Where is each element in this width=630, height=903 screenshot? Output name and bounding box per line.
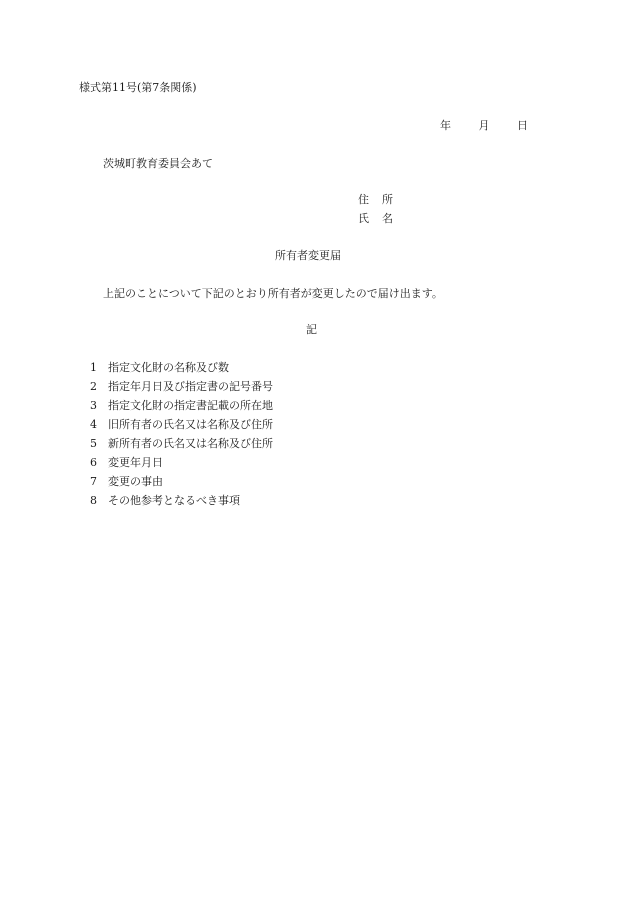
- ki-heading: 記: [306, 323, 317, 337]
- list-item: 8その他参考となるべき事項: [90, 494, 273, 513]
- document-title: 所有者変更届: [0, 249, 630, 263]
- list-item: 2指定年月日及び指定書の記号番号: [90, 380, 273, 399]
- list-item: 5新所有者の氏名又は名称及び住所: [90, 437, 273, 456]
- applicant-block: 住所 氏名: [358, 193, 406, 231]
- date-month-label: 月: [479, 119, 490, 133]
- list-item: 7変更の事由: [90, 475, 273, 494]
- addressee: 茨城町教育委員会あて: [103, 157, 213, 171]
- item-list: 1指定文化財の名称及び数 2指定年月日及び指定書の記号番号 3指定文化財の指定書…: [90, 361, 273, 513]
- name-row: 氏名: [358, 212, 406, 231]
- date-line: 年 月 日: [440, 119, 528, 133]
- list-item: 1指定文化財の名称及び数: [90, 361, 273, 380]
- date-year-label: 年: [440, 119, 451, 133]
- list-item: 3指定文化財の指定書記載の所在地: [90, 399, 273, 418]
- list-item: 4旧所有者の氏名又は名称及び住所: [90, 418, 273, 437]
- date-day-label: 日: [517, 119, 528, 133]
- address-label: 住所: [358, 193, 406, 207]
- name-label: 氏名: [358, 212, 406, 226]
- list-item: 6変更年月日: [90, 456, 273, 475]
- body-text: 上記のことについて下記のとおり所有者が変更したので届け出ます。: [103, 287, 443, 301]
- form-number: 様式第11号(第7条関係): [79, 81, 197, 95]
- address-row: 住所: [358, 193, 406, 212]
